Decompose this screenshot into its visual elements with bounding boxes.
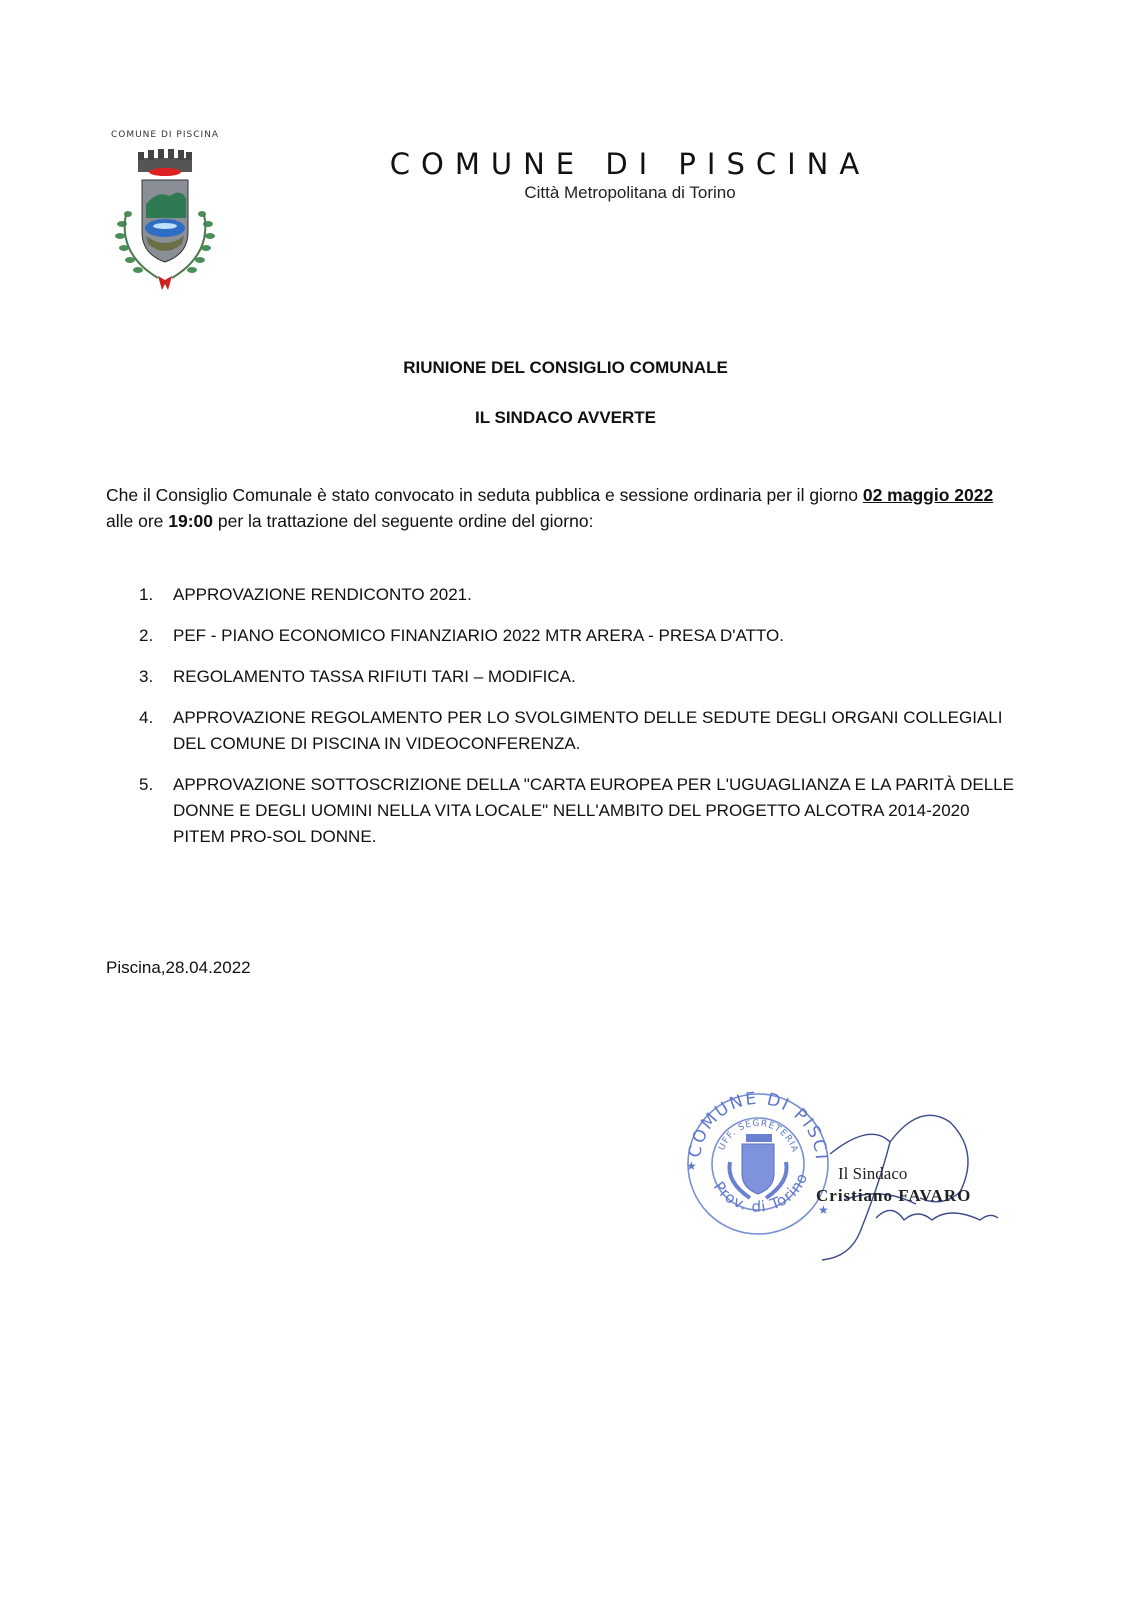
agenda-item: 5.APPROVAZIONE SOTTOSCRIZIONE DELLA "CAR… [106, 772, 1016, 850]
agenda-list: 1.APPROVAZIONE RENDICONTO 2021. 2.PEF - … [106, 582, 1016, 865]
agenda-item-number: 4. [139, 705, 153, 731]
agenda-item-number: 1. [139, 582, 153, 608]
agenda-item-number: 5. [139, 772, 153, 798]
agenda-item: 4.APPROVAZIONE REGOLAMENTO PER LO SVOLGI… [106, 705, 1016, 757]
svg-text:★: ★ [686, 1159, 697, 1173]
signatory-name: Cristiano FAVARO [816, 1186, 971, 1206]
agenda-item-text: APPROVAZIONE REGOLAMENTO PER LO SVOLGIME… [173, 708, 1002, 753]
intro-text-3: per la trattazione del seguente ordine d… [213, 511, 593, 531]
municipal-crest: COMUNE DI PISCINA [106, 128, 224, 298]
agenda-item-text: REGOLAMENTO TASSA RIFIUTI TARI – MODIFIC… [173, 667, 576, 686]
page-title: COMUNE DI PISCINA [380, 147, 880, 181]
agenda-item: 1.APPROVAZIONE RENDICONTO 2021. [106, 582, 1016, 608]
agenda-item-text: APPROVAZIONE RENDICONTO 2021. [173, 585, 472, 604]
intro-paragraph: Che il Consiglio Comunale è stato convoc… [106, 482, 1016, 534]
agenda-item-number: 2. [139, 623, 153, 649]
intro-text-2: alle ore [106, 511, 168, 531]
agenda-item-text: APPROVAZIONE SOTTOSCRIZIONE DELLA "CARTA… [173, 775, 1014, 846]
notice-heading: IL SINDACO AVVERTE [0, 408, 1131, 428]
agenda-item: 2.PEF - PIANO ECONOMICO FINANZIARIO 2022… [106, 623, 1016, 649]
page-subtitle: Città Metropolitana di Torino [380, 183, 880, 203]
agenda-item-number: 3. [139, 664, 153, 690]
signatory-role: Il Sindaco [838, 1164, 907, 1184]
agenda-item-text: PEF - PIANO ECONOMICO FINANZIARIO 2022 M… [173, 626, 784, 645]
meeting-time: 19:00 [168, 511, 213, 531]
meeting-date: 02 maggio 2022 [863, 485, 993, 505]
coat-of-arms-icon [106, 144, 224, 296]
crest-label: COMUNE DI PISCINA [106, 130, 224, 140]
place-date: Piscina,28.04.2022 [106, 958, 251, 978]
meeting-heading: RIUNIONE DEL CONSIGLIO COMUNALE [0, 358, 1131, 378]
signature-block: COMUNE DI PISCINA UFF. SEGRETERIA Prov. … [680, 1082, 1010, 1262]
intro-text-1: Che il Consiglio Comunale è stato convoc… [106, 485, 863, 505]
agenda-item: 3.REGOLAMENTO TASSA RIFIUTI TARI – MODIF… [106, 664, 1016, 690]
